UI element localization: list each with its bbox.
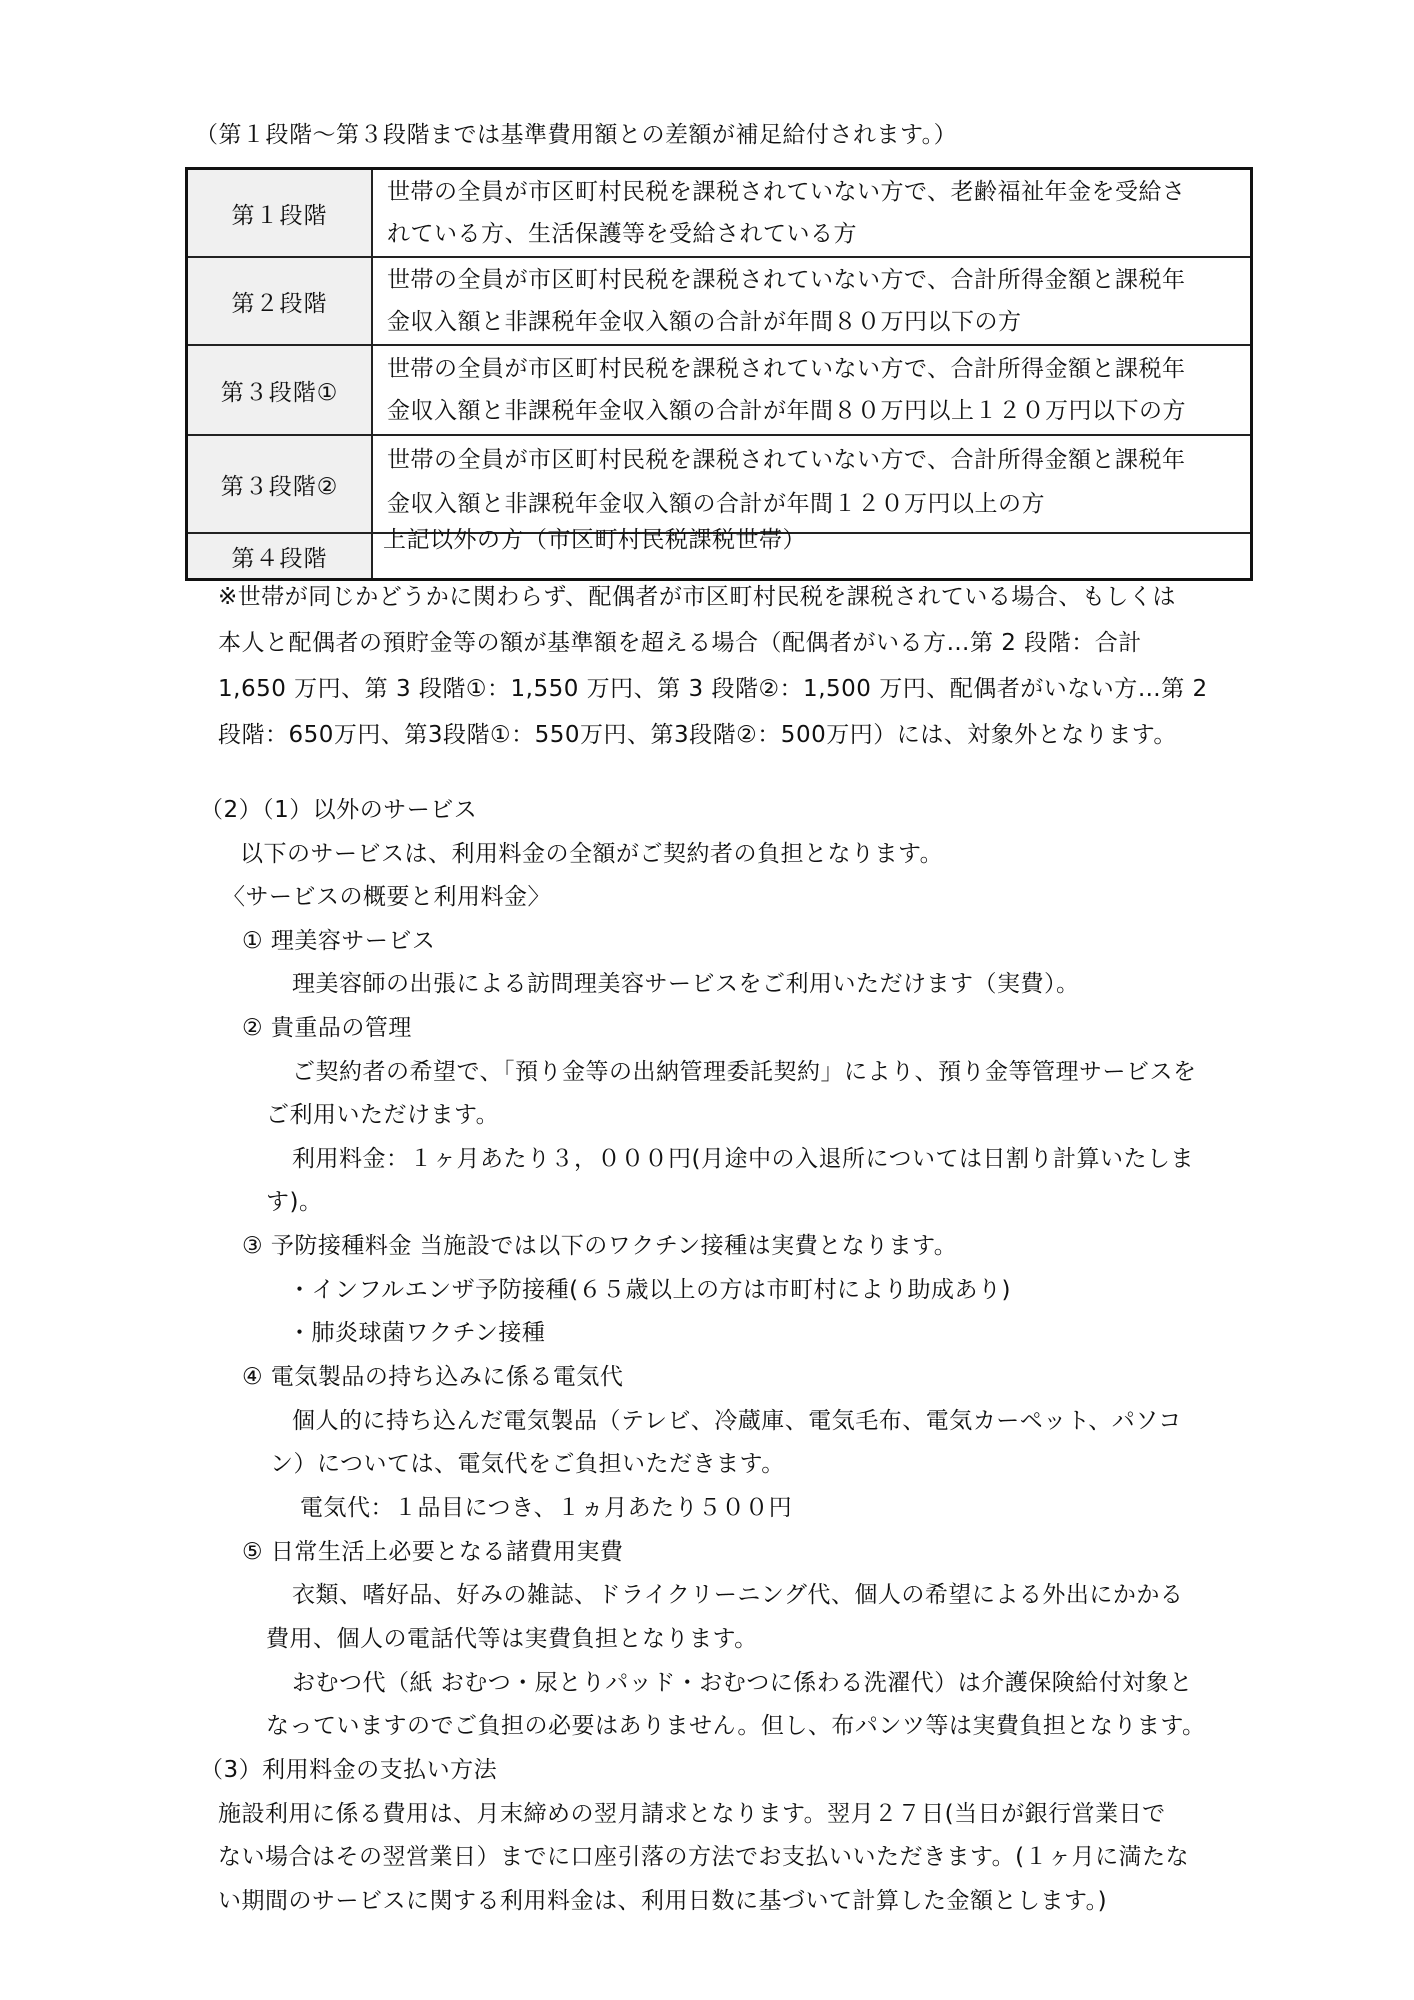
service-item-text: ご契約者の希望で、「預り金等の出納管理委託契約」により、預り金等管理サービスを	[292, 1057, 1197, 1087]
section-3-text: い期間のサービスに関する利用料金は、利用日数に基づいて計算した金額とします。)	[218, 1886, 1107, 1916]
service-item-text: 利用料金：１ヶ月あたり３，０００円(月途中の入退所については日割り計算いたしま	[292, 1144, 1194, 1174]
level-description: 世帯の全員が市区町村民税を課税されていない方で、合計所得金額と課税年 金収入額と…	[372, 435, 1252, 533]
level-label: 第３段階①	[187, 345, 373, 435]
table-row: 第３段階② 世帯の全員が市区町村民税を課税されていない方で、合計所得金額と課税年…	[187, 435, 1252, 533]
service-item-text: ・インフルエンザ予防接種(６５歳以上の方は市町村により助成あり)	[288, 1275, 1011, 1305]
table-row: 第３段階① 世帯の全員が市区町村民税を課税されていない方で、合計所得金額と課税年…	[187, 345, 1252, 435]
footnote-line: 段階：650万円、第3段階①：550万円、第3段階②：500万円）には、対象外と…	[218, 720, 1177, 750]
section-3-text: 施設利用に係る費用は、月末締めの翌月請求となります。翌月２７日(当日が銀行営業日…	[218, 1799, 1166, 1829]
section-2-subheading: 〈サービスの概要と利用料金〉	[222, 882, 551, 912]
income-level-table: 第１段階 世帯の全員が市区町村民税を課税されていない方で、老齢福祉年金を受給さ …	[185, 167, 1253, 581]
level-description: 世帯の全員が市区町村民税を課税されていない方で、老齢福祉年金を受給さ れている方…	[372, 169, 1252, 258]
section-3-text: ない場合はその翌営業日）までに口座引落の方法でお支払いいただきます。(１ヶ月に満…	[218, 1842, 1189, 1872]
section-2-heading: （2）（1）以外のサービス	[200, 795, 477, 825]
footnote-line: ※世帯が同じかどうかに関わらず、配偶者が市区町村民税を課税されている場合、もしく…	[218, 582, 1176, 612]
service-item-text: ン）については、電気代をご負担いただきます。	[270, 1449, 785, 1479]
service-item-text: 個人的に持ち込んだ電気製品（テレビ、冷蔵庫、電気毛布、電気カーペット、パソコ	[292, 1406, 1182, 1436]
table-row: 第１段階 世帯の全員が市区町村民税を課税されていない方で、老齢福祉年金を受給さ …	[187, 169, 1252, 258]
service-item-text: 費用、個人の電話代等は実費負担となります。	[266, 1624, 758, 1654]
section-3-heading: （3）利用料金の支払い方法	[200, 1755, 497, 1785]
level-label: 第１段階	[187, 169, 373, 258]
level-description: 世帯の全員が市区町村民税を課税されていない方で、合計所得金額と課税年 金収入額と…	[372, 345, 1252, 435]
service-item-title: ⑤ 日常生活上必要となる諸費用実費	[242, 1537, 623, 1567]
service-item-text: おむつ代（紙 おむつ・尿とりパッド・おむつに係わる洗濯代）は介護保険給付対象と	[292, 1668, 1193, 1698]
service-item-title: ④ 電気製品の持ち込みに係る電気代	[242, 1362, 623, 1392]
level-4-description: 上記以外の方（市区町村民税課税世帯）	[383, 521, 806, 554]
level-label: 第４段階	[187, 533, 373, 580]
level-label: 第３段階②	[187, 435, 373, 533]
service-item-text: ご利用いただけます。	[266, 1100, 499, 1130]
footnote-line: 1,650 万円、第 3 段階①：1,550 万円、第 3 段階②：1,500 …	[218, 674, 1208, 704]
level-label: 第２段階	[187, 257, 373, 345]
section-2-intro: 以下のサービスは、利用料金の全額がご契約者の負担となります。	[240, 839, 943, 869]
service-item-title: ③ 予防接種料金 当施設では以下のワクチン接種は実費となります。	[242, 1231, 957, 1261]
service-item-text: 衣類、嗜好品、好みの雑誌、ドライクリーニング代、個人の希望による外出にかかる	[292, 1580, 1183, 1610]
level-description: 世帯の全員が市区町村民税を課税されていない方で、合計所得金額と課税年 金収入額と…	[372, 257, 1252, 345]
service-item-text: なっていますのでご負担の必要はありません。但し、布パンツ等は実費負担となります。	[266, 1711, 1206, 1741]
intro-note: （第１段階～第３段階までは基準費用額との差額が補足給付されます。）	[195, 120, 957, 150]
service-item-text: 理美容師の出張による訪問理美容サービスをご利用いただけます（実費）。	[292, 969, 1080, 999]
footnote-line: 本人と配偶者の預貯金等の額が基準額を超える場合（配偶者がいる方…第 2 段階：合…	[218, 628, 1142, 658]
service-item-text: 電気代：１品目につき、１ヵ月あたり５００円	[300, 1493, 792, 1523]
service-item-text: す)。	[266, 1187, 322, 1217]
table-row: 第２段階 世帯の全員が市区町村民税を課税されていない方で、合計所得金額と課税年 …	[187, 257, 1252, 345]
service-item-title: ② 貴重品の管理	[242, 1013, 412, 1043]
service-item-text: ・肺炎球菌ワクチン接種	[288, 1318, 545, 1348]
service-item-title: ① 理美容サービス	[242, 926, 435, 956]
